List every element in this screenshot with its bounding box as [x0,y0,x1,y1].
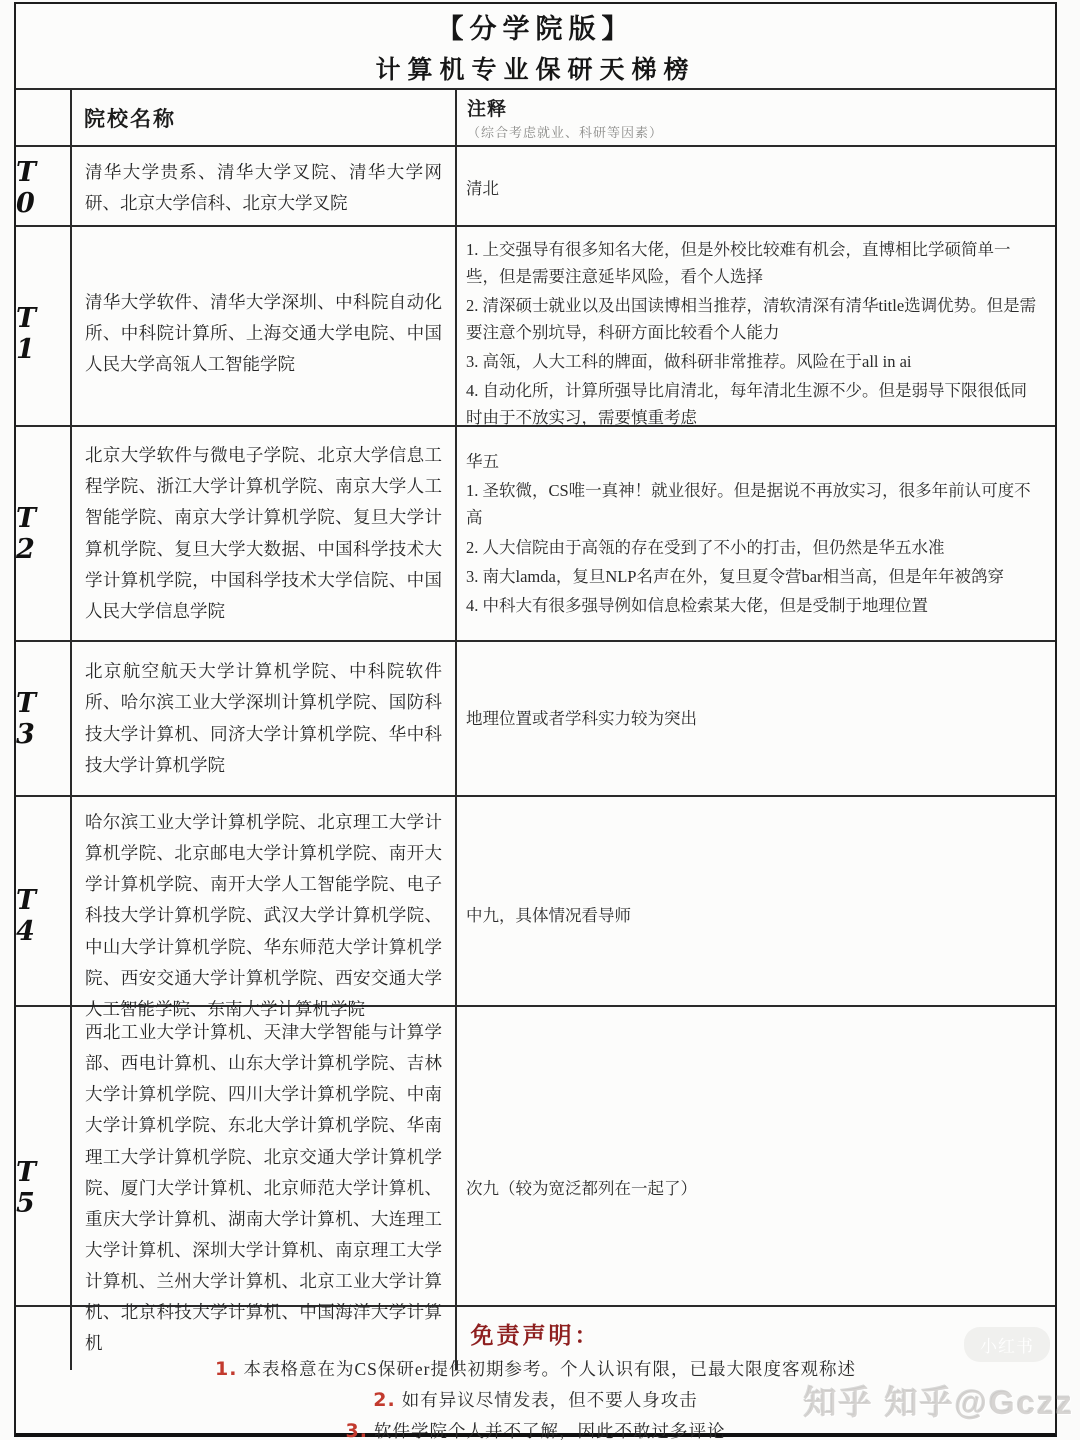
note-line: 2. 清深硕士就业以及出国读博相当推荐，清软清深有清华title选调优势。但是需… [466,292,1041,346]
disclaimer-title: 免责声明： [471,1317,601,1350]
note-line: 地理位置或者学科实力较为突出 [466,705,1041,732]
schools-t0: 清华大学贵系、清华大学叉院、清华大学网研、北京大学信科、北京大学叉院 [72,147,457,229]
xiaohongshu-watermark: 小红书 [964,1327,1050,1362]
table-header-row: 院校名称 注释 （综合考虑就业、科研等因素） [16,90,1055,147]
note-line: 4. 自动化所，计算所强导比肩清北，每年清北生源不少。但是弱导下限很低同时由于不… [466,377,1041,431]
header-notes-subtitle: （综合考虑就业、科研等因素） [467,122,1055,141]
schools-t3: 北京航空航天大学计算机学院、中科院软件所、哈尔滨工业大学深圳计算机学院、国防科技… [72,642,457,795]
notes-t2: 华五 1. 圣软微，CS唯一真神！就业很好。但是据说不再放实习，很多年前认可度不… [457,427,1055,640]
schools-t5: 西北工业大学计算机、天津大学智能与计算学部、西电计算机、山东大学计算机学院、吉林… [72,1007,457,1370]
tier-label-t4: T 4 [16,797,72,1035]
table-row-t2: T 2 北京大学软件与微电子学院、北京大学信息工程学院、浙江大学计算机学院、南京… [16,427,1055,642]
table-row-t3: T 3 北京航空航天大学计算机学院、中科院软件所、哈尔滨工业大学深圳计算机学院、… [16,642,1055,797]
disclaimer-item-3: 3.软件学院个人并不了解，因此不敢过多评论 [346,1418,726,1440]
notes-t1: 1. 上交强导有很多知名大佬，但是外校比较难有机会，直博相比学硕简单一些，但是需… [457,227,1055,440]
disclaimer-item-1: 1.本表格意在为CS保研er提供初期参考。个人认识有限，已最大限度客观称述 [215,1356,856,1381]
disclaimer-item-1-number: 1. [215,1358,237,1380]
note-line: 3. 高瓴，人大工科的牌面，做科研非常推荐。风险在于all in ai [466,348,1041,375]
note-line: 次九（较为宽泛都列在一起了） [466,1175,1041,1202]
document-frame: 【分学院版】 计算机专业保研天梯榜 院校名称 注释 （综合考虑就业、科研等因素）… [14,2,1057,1437]
table-row-t5: T 5 西北工业大学计算机、天津大学智能与计算学部、西电计算机、山东大学计算机学… [16,1007,1055,1307]
note-line: 1. 圣软微，CS唯一真神！就业很好。但是据说不再放实习，很多年前认可度不高 [466,477,1041,531]
zhihu-watermark: 知乎 知乎@Gczz [804,1377,1074,1424]
page-title-edition: 【分学院版】 [437,7,635,46]
schools-t2: 北京大学软件与微电子学院、北京大学信息工程学院、浙江大学计算机学院、南京大学人工… [72,427,457,640]
note-line: 清北 [466,175,1041,202]
tier-label-t0: T 0 [16,147,72,229]
header-tier-cell [16,90,72,145]
notes-t5: 次九（较为宽泛都列在一起了） [457,1007,1055,1370]
disclaimer-item-2-text: 如有异议尽情发表，但不要人身攻击 [402,1390,698,1410]
disclaimer-item-1-text: 本表格意在为CS保研er提供初期参考。个人认识有限，已最大限度客观称述 [243,1359,856,1379]
disclaimer-item-2: 2.如有异议尽情发表，但不要人身攻击 [373,1387,697,1412]
tier-label-t2: T 2 [16,427,72,640]
page: 【分学院版】 计算机专业保研天梯榜 院校名称 注释 （综合考虑就业、科研等因素）… [0,0,1080,1440]
disclaimer-item-2-number: 2. [373,1389,395,1411]
table-row-t4: T 4 哈尔滨工业大学计算机学院、北京理工大学计算机学院、北京邮电大学计算机学院… [16,797,1055,1007]
tier-label-t1: T 1 [16,227,72,440]
title-block: 【分学院版】 计算机专业保研天梯榜 [16,4,1055,90]
tier-label-t3: T 3 [16,642,72,795]
disclaimer-item-3-text: 软件学院个人并不了解，因此不敢过多评论 [374,1421,726,1440]
note-line: 3. 南大lamda，复旦NLP名声在外，复旦夏令营bar相当高，但是年年被鸽穿 [466,563,1041,590]
notes-t0: 清北 [457,147,1055,229]
schools-t4: 哈尔滨工业大学计算机学院、北京理工大学计算机学院、北京邮电大学计算机学院、南开大… [72,797,457,1035]
table-row-t0: T 0 清华大学贵系、清华大学叉院、清华大学网研、北京大学信科、北京大学叉院 清… [16,147,1055,227]
header-notes: 注释 （综合考虑就业、科研等因素） [457,90,1055,145]
note-line: 1. 上交强导有很多知名大佬，但是外校比较难有机会，直博相比学硕简单一些，但是需… [466,236,1041,290]
header-schools: 院校名称 [72,90,457,145]
notes-t3: 地理位置或者学科实力较为突出 [457,642,1055,795]
schools-t1: 清华大学软件、清华大学深圳、中科院自动化所、中科院计算所、上海交通大学电院、中国… [72,227,457,440]
tier-label-t5: T 5 [16,1007,72,1370]
header-notes-label: 注释 [467,94,1055,121]
disclaimer-item-3-number: 3. [346,1420,368,1440]
note-line: 中九，具体情况看导师 [466,902,1041,929]
note-line: 2. 人大信院由于高瓴的存在受到了不小的打击，但仍然是华五水准 [466,534,1041,561]
page-title-main: 计算机专业保研天梯榜 [375,50,695,86]
notes-t4: 中九，具体情况看导师 [457,797,1055,1035]
note-line: 4. 中科大有很多强导例如信息检索某大佬，但是受制于地理位置 [466,592,1041,619]
note-line: 华五 [466,448,1041,475]
table-row-t1: T 1 清华大学软件、清华大学深圳、中科院自动化所、中科院计算所、上海交通大学电… [16,227,1055,427]
